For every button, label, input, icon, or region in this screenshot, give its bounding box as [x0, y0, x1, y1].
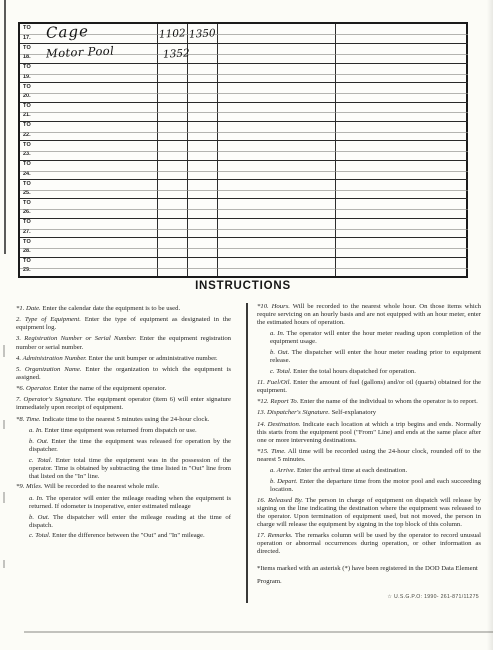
time-cell-a: 1352 — [157, 44, 187, 62]
remarks-cell — [335, 64, 468, 82]
time-cell-b — [187, 199, 217, 217]
scan-edge-mark — [3, 420, 5, 429]
remarks-cell — [335, 199, 468, 217]
released-by-cell — [217, 141, 335, 159]
instruction-item: 2. Type of Equipment. Enter the type of … — [16, 316, 231, 332]
instruction-item: 5. Organization Name. Enter the organiza… — [16, 366, 231, 382]
time-cell-b — [187, 238, 217, 256]
instructions-column-left: *1. Date. Enter the calendar date the eq… — [16, 305, 231, 543]
released-by-cell — [217, 83, 335, 101]
released-by-cell — [217, 199, 335, 217]
released-by-cell — [217, 122, 335, 140]
handwritten-destination: Motor Pool — [46, 46, 115, 60]
instruction-item: *8. Time. Indicate time to the nearest 5… — [16, 416, 231, 424]
instruction-term: *10. Hours. — [257, 303, 290, 310]
remarks-cell — [335, 122, 468, 140]
instruction-item: 17. Remarks. The remarks column will be … — [257, 532, 481, 556]
time-cell-b — [187, 141, 217, 159]
instruction-subitem: a. In. Enter time equipment was returned… — [29, 427, 231, 435]
instruction-term: 5. Organization Name. — [16, 366, 82, 373]
instruction-subterm: a. In. — [270, 330, 285, 337]
released-by-cell — [217, 44, 335, 62]
instruction-term: 3. Registration Number or Serial Number. — [16, 335, 137, 342]
instruction-item: 3. Registration Number or Serial Number.… — [16, 335, 231, 351]
instruction-term: 13. Dispatcher's Signature. — [257, 409, 330, 416]
row-number: 22. — [23, 133, 31, 139]
instruction-subitem: b. Out. The dispatcher will enter the ho… — [270, 349, 481, 365]
table-row: TO23. — [20, 140, 468, 159]
destination-cell: TO25. — [20, 180, 157, 198]
destination-cell: TO26. — [20, 199, 157, 217]
remarks-cell — [335, 219, 468, 237]
destination-cell: TO29. — [20, 258, 157, 276]
time-cell-a: 1102 — [157, 24, 187, 43]
scan-edge-mark — [3, 492, 5, 503]
row-to-label: TO — [23, 201, 31, 207]
destination-cell: TO21. — [20, 103, 157, 121]
instruction-term: *1. Date. — [16, 305, 41, 312]
asterisk-footnote: *Items marked with an asterisk (*) have … — [257, 563, 481, 588]
instruction-item: 16. Released By. The person in charge of… — [257, 497, 481, 529]
row-number: 21. — [23, 113, 31, 119]
row-to-label: TO — [23, 259, 31, 265]
table-row: TO25. — [20, 179, 468, 198]
table-row: TO19. — [20, 63, 468, 82]
destination-cell: TO27. — [20, 219, 157, 237]
table-row: TO17.Cage11021350 — [20, 24, 468, 43]
time-cell-a — [157, 161, 187, 179]
time-cell-b — [187, 64, 217, 82]
remarks-cell — [335, 141, 468, 159]
destination-cell: TO20. — [20, 83, 157, 101]
time-cell-a — [157, 199, 187, 217]
instruction-item: *1. Date. Enter the calendar date the eq… — [16, 305, 231, 313]
destination-cell: TO17.Cage — [20, 24, 157, 43]
time-cell-a — [157, 83, 187, 101]
row-number: 18. — [23, 55, 31, 61]
instruction-item: 13. Dispatcher's Signature. Self-explana… — [257, 409, 481, 417]
released-by-cell — [217, 103, 335, 121]
table-row: TO26. — [20, 198, 468, 217]
instruction-subitem: b. Out. Enter the time the equipment was… — [29, 438, 231, 454]
remarks-cell — [335, 238, 468, 256]
instruction-term: 11. Fuel/Oil. — [257, 379, 291, 386]
row-to-label: TO — [23, 26, 31, 32]
time-cell-a — [157, 219, 187, 237]
row-number: 27. — [23, 230, 31, 236]
scan-edge-mark — [3, 560, 5, 568]
instruction-subterm: c. Total. — [29, 532, 51, 539]
handwritten-time: 1352 — [162, 49, 189, 61]
table-row: TO21. — [20, 102, 468, 121]
instruction-item: 4. Administration Number. Enter the unit… — [16, 355, 231, 363]
instruction-subterm: a. Arrive. — [270, 467, 295, 474]
instruction-item: *6. Operator. Enter the name of the equi… — [16, 385, 231, 393]
remarks-cell — [335, 180, 468, 198]
row-to-label: TO — [23, 104, 31, 110]
destination-cell: TO19. — [20, 64, 157, 82]
table-row: TO27. — [20, 218, 468, 237]
instruction-subterm: b. Out. — [29, 438, 49, 445]
row-to-label: TO — [23, 46, 31, 52]
instruction-subterm: a. In. — [29, 495, 44, 502]
row-number: 19. — [23, 75, 31, 81]
handwritten-time: 1350 — [189, 28, 216, 40]
time-cell-b — [187, 161, 217, 179]
instruction-item: *12. Report To. Enter the name of the in… — [257, 398, 481, 406]
destination-cell: TO22. — [20, 122, 157, 140]
instruction-term: 7. Operator's Signature. — [16, 396, 82, 403]
instruction-subitem: b. Depart. Enter the departure time from… — [270, 478, 481, 494]
time-cell-a — [157, 180, 187, 198]
row-to-label: TO — [23, 123, 31, 129]
time-cell-a — [157, 141, 187, 159]
destination-cell: TO18.Motor Pool — [20, 44, 157, 62]
time-cell-a — [157, 258, 187, 276]
instruction-term: 16. Released By. — [257, 497, 303, 504]
row-number: 26. — [23, 210, 31, 216]
table-row: TO29. — [20, 257, 468, 276]
dispatch-table: TO17.Cage11021350TO18.Motor Pool1352TO19… — [18, 22, 468, 278]
instruction-subitem: c. Total. Enter the difference between t… — [29, 532, 231, 540]
time-cell-b — [187, 44, 217, 62]
remarks-cell — [335, 103, 468, 121]
time-cell-a — [157, 64, 187, 82]
row-number: 29. — [23, 268, 31, 274]
row-number: 23. — [23, 152, 31, 158]
table-row: TO20. — [20, 82, 468, 101]
instruction-item: 11. Fuel/Oil. Enter the amount of fuel (… — [257, 379, 481, 395]
instruction-term: 2. Type of Equipment. — [16, 316, 81, 323]
instruction-term: *6. Operator. — [16, 385, 52, 392]
row-number: 20. — [23, 94, 31, 100]
instruction-subitem: c. Total. Enter the total hours dispatch… — [270, 368, 481, 376]
instruction-term: *12. Report To. — [257, 398, 298, 405]
released-by-cell — [217, 219, 335, 237]
handwritten-destination: Cage — [46, 24, 90, 41]
time-cell-b — [187, 219, 217, 237]
instruction-item: *10. Hours. Will be recorded to the near… — [257, 303, 481, 327]
scan-edge-line — [4, 0, 6, 254]
remarks-cell — [335, 258, 468, 276]
row-to-label: TO — [23, 85, 31, 91]
row-to-label: TO — [23, 162, 31, 168]
instruction-subitem: b. Out. The dispatcher will enter the mi… — [29, 514, 231, 530]
table-row: TO18.Motor Pool1352 — [20, 43, 468, 62]
scan-edge-mark — [3, 345, 5, 357]
instruction-subitem: a. Arrive. Enter the arrival time at eac… — [270, 467, 481, 475]
time-cell-b — [187, 83, 217, 101]
destination-cell: TO28. — [20, 238, 157, 256]
row-number: 28. — [23, 249, 31, 255]
table-row: TO22. — [20, 121, 468, 140]
instructions-heading: INSTRUCTIONS — [0, 281, 486, 293]
released-by-cell — [217, 258, 335, 276]
released-by-cell — [217, 238, 335, 256]
row-to-label: TO — [23, 220, 31, 226]
time-cell-a — [157, 103, 187, 121]
page-bottom-edge — [24, 631, 493, 633]
row-to-label: TO — [23, 182, 31, 188]
time-cell-b — [187, 258, 217, 276]
instruction-term: *15. Time. — [257, 448, 286, 455]
released-by-cell — [217, 64, 335, 82]
dispatch-table-body: TO17.Cage11021350TO18.Motor Pool1352TO19… — [20, 24, 466, 276]
instruction-term: 14. Destination. — [257, 421, 301, 428]
instruction-term: *8. Time. — [16, 416, 41, 423]
instruction-item: *15. Time. All time will be recorded usi… — [257, 448, 481, 464]
instruction-subterm: a. In. — [29, 427, 43, 434]
time-cell-b: 1350 — [187, 24, 217, 43]
released-by-cell — [217, 180, 335, 198]
instruction-subitem: a. In. The operator will enter the hour … — [270, 330, 481, 346]
row-to-label: TO — [23, 143, 31, 149]
row-to-label: TO — [23, 65, 31, 71]
instruction-subterm: c. Total. — [29, 457, 52, 464]
instruction-subterm: b. Out. — [270, 349, 289, 356]
instruction-term: 4. Administration Number. — [16, 355, 87, 362]
table-row: TO24. — [20, 160, 468, 179]
instructions-column-right: *10. Hours. Will be recorded to the near… — [257, 303, 481, 600]
released-by-cell — [217, 161, 335, 179]
remarks-cell — [335, 83, 468, 101]
instruction-item: 14. Destination. Indicate each location … — [257, 421, 481, 445]
remarks-cell — [335, 24, 468, 43]
remarks-cell — [335, 44, 468, 62]
instruction-item: 7. Operator's Signature. The equipment o… — [16, 396, 231, 412]
time-cell-b — [187, 103, 217, 121]
row-number: 17. — [23, 36, 31, 42]
destination-cell: TO24. — [20, 161, 157, 179]
gpo-print-line: ☆ U.S.G.P.O: 1990- 261-871/11275 — [257, 595, 481, 600]
time-cell-b — [187, 180, 217, 198]
instruction-term: *9. Miles. — [16, 483, 43, 490]
time-cell-a — [157, 238, 187, 256]
instruction-subitem: c. Total. Enter total time the equipment… — [29, 457, 231, 481]
column-divider — [246, 303, 248, 603]
instruction-subterm: c. Total. — [270, 368, 292, 375]
released-by-cell — [217, 24, 335, 43]
handwritten-time: 1102 — [159, 28, 186, 40]
row-number: 24. — [23, 172, 31, 178]
instruction-subitem: a. In. The operator will enter the milea… — [29, 495, 231, 511]
row-number: 25. — [23, 191, 31, 197]
time-cell-b — [187, 122, 217, 140]
instruction-subterm: b. Out. — [29, 514, 49, 521]
table-row: TO28. — [20, 237, 468, 256]
scanned-form-page: TO17.Cage11021350TO18.Motor Pool1352TO19… — [0, 0, 493, 650]
instruction-term: 17. Remarks. — [257, 532, 293, 539]
remarks-cell — [335, 161, 468, 179]
instruction-item: *9. Miles. Will be recorded to the neare… — [16, 483, 231, 491]
instruction-subterm: b. Depart. — [270, 478, 298, 485]
row-to-label: TO — [23, 240, 31, 246]
time-cell-a — [157, 122, 187, 140]
destination-cell: TO23. — [20, 141, 157, 159]
